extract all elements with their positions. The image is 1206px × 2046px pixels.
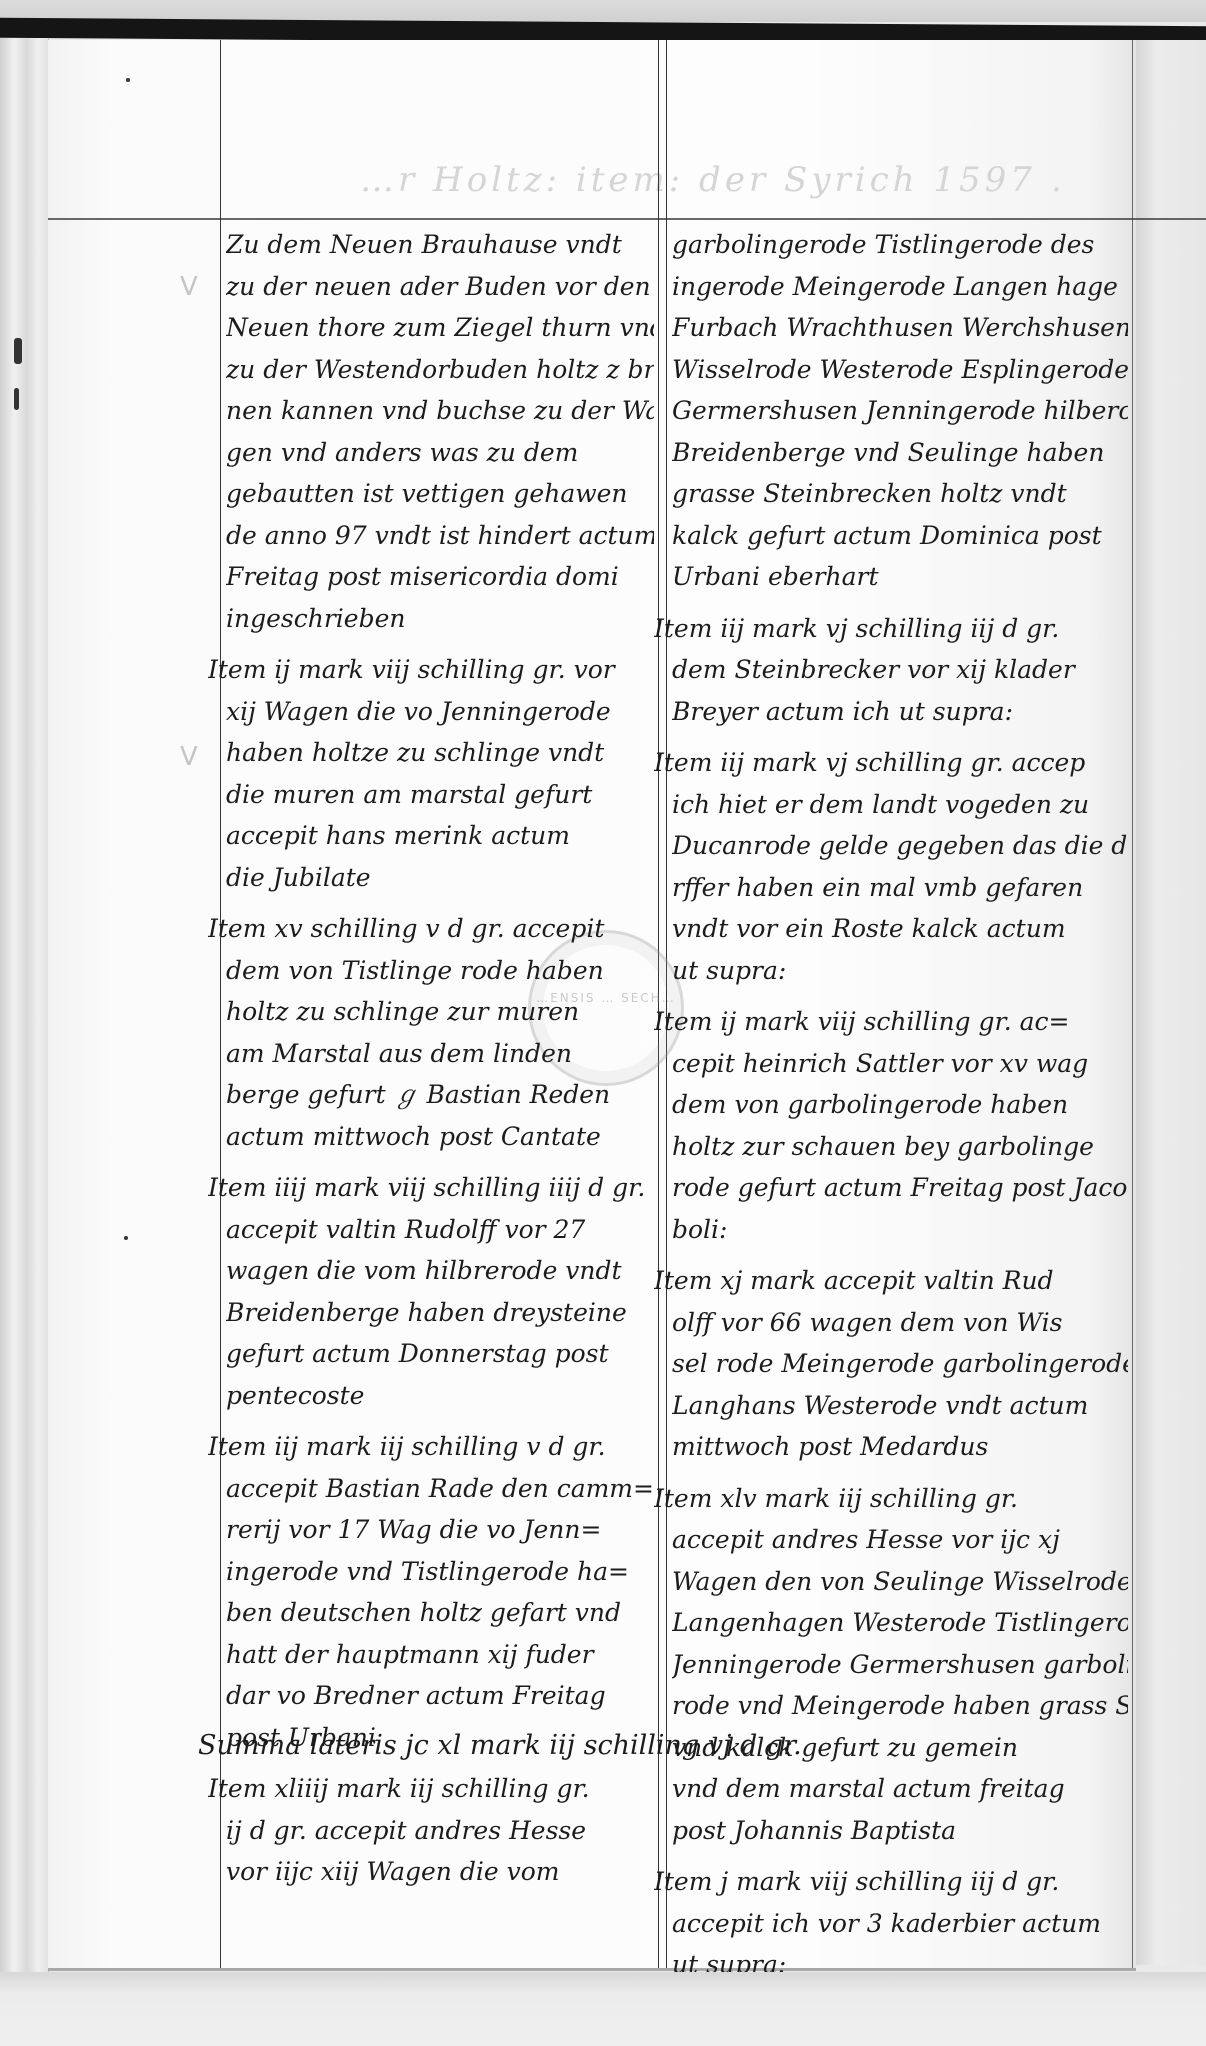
ledger-entry: Item ij mark viij schilling gr. ac= cepi… — [672, 1001, 1128, 1250]
entry-line: de anno 97 vndt ist hindert actum — [226, 515, 654, 557]
header-bleedthrough: …r Holtz: item: der Syrich 1597 … — [360, 160, 1060, 210]
entry-line: Item iiij mark viij schilling iiij d gr. — [208, 1167, 654, 1209]
entry-line: sel rode Meingerode garbolingerode — [672, 1343, 1128, 1385]
entry-line: Jenningerode Germershusen garboling — [672, 1644, 1128, 1686]
entry-line: ingerode Meingerode Langen hage — [672, 266, 1128, 308]
entry-line: olff vor 66 wagen dem von Wis — [672, 1302, 1128, 1344]
ledger-entry: Item xlv mark iij schilling gr. accepit … — [672, 1478, 1128, 1852]
entry-line: Zu dem Neuen Brauhause vndt — [226, 224, 654, 266]
right-margin-rule — [1132, 40, 1133, 1968]
entry-line: Item iij mark vj schilling iij d gr. — [654, 608, 1128, 650]
entry-line: rerij vor 17 Wag die vo Jenn= — [226, 1509, 654, 1551]
entry-line: rffer haben ein mal vmb gefaren — [672, 867, 1128, 909]
entry-line: die Jubilate — [226, 857, 654, 899]
entry-line: Wagen den von Seulinge Wisselrode — [672, 1561, 1128, 1603]
entry-line: xij Wagen die vo Jenningerode — [226, 691, 654, 733]
left-column: Zu dem Neuen Brauhause vndt zu der neuen… — [226, 224, 654, 1903]
entry-line: Urbani eberhart — [672, 556, 1128, 598]
entry-line: Item iij mark vj schilling gr. accep — [654, 742, 1128, 784]
entry-line: hatt der hauptmann xij fuder — [226, 1634, 654, 1676]
entry-line: gen vnd anders was zu dem — [226, 432, 654, 474]
entry-line: cepit heinrich Sattler vor xv wag — [672, 1043, 1128, 1085]
adjacent-leaf — [1136, 40, 1206, 1965]
entry-line: accepit Bastian Rade den camm= — [226, 1468, 654, 1510]
entry-line: zu der Westendorbuden holtz z bre= — [226, 349, 654, 391]
entry-line: accepit andres Hesse vor ijc xj — [672, 1519, 1128, 1561]
header-rule — [48, 218, 1206, 220]
entry-line: Breyer actum ich ut supra: — [672, 691, 1128, 733]
entry-line: am Marstal aus dem linden — [226, 1033, 654, 1075]
entry-line: Item j mark viij schilling iij d gr. — [654, 1861, 1128, 1903]
entry-line: wagen die vom hilbrerode vndt — [226, 1250, 654, 1292]
ink-speck — [124, 1236, 128, 1240]
entry-line: dar vo Bredner actum Freitag — [226, 1675, 654, 1717]
entry-line: actum mittwoch post Cantate — [226, 1116, 654, 1158]
entry-line: holtz zu schlinge zur muren — [226, 991, 654, 1033]
entry-line: Freitag post misericordia domi — [226, 556, 654, 598]
entry-line: kalck gefurt actum Dominica post — [672, 515, 1128, 557]
entry-line: berge gefurt ℊ Bastian Reden — [226, 1074, 654, 1116]
ink-speck — [126, 78, 130, 82]
entry-line: ich hiet er dem landt vogeden zu — [672, 784, 1128, 826]
entry-line: ij d gr. accepit andres Hesse — [226, 1810, 654, 1852]
entry-line: Item xlv mark iij schilling gr. — [654, 1478, 1128, 1520]
entry-line: vnd dem marstal actum freitag — [672, 1768, 1128, 1810]
entry-line: zu der neuen ader Buden vor den — [226, 266, 654, 308]
entry-line: Langenhagen Westerode Tistlingerode — [672, 1602, 1128, 1644]
entry-line: Neuen thore zum Ziegel thurn vnd — [226, 307, 654, 349]
entry-line: Item iij mark iij schilling v d gr. — [208, 1426, 654, 1468]
entry-line: dem von Tistlinge rode haben — [226, 950, 654, 992]
ledger-entry: Item iij mark vj schilling gr. accep ich… — [672, 742, 1128, 991]
entry-line: accepit ich vor 3 kaderbier actum — [672, 1903, 1128, 1945]
entry-line: boli: — [672, 1209, 1128, 1251]
entry-line: garbolingerode Tistlingerode des — [672, 224, 1128, 266]
entry-line: ben deutschen holtz gefart vnd — [226, 1592, 654, 1634]
entry-line: Breidenberge vnd Seulinge haben — [672, 432, 1128, 474]
entry-line: ut supra: — [672, 950, 1128, 992]
entry-line: holtz zur schauen bey garbolinge — [672, 1126, 1128, 1168]
spine-ink-mark — [14, 388, 19, 410]
ledger-entry: garbolingerode Tistlingerode des ingerod… — [672, 224, 1128, 598]
scan-bottom-background — [0, 1972, 1206, 2046]
entry-line: Wisselrode Westerode Esplingerode — [672, 349, 1128, 391]
entry-line: mittwoch post Medardus — [672, 1426, 1128, 1468]
entry-line: post Johannis Baptista — [672, 1810, 1128, 1852]
entry-line: Langhans Westerode vndt actum — [672, 1385, 1128, 1427]
ledger-entry: Item iij mark vj schilling iij d gr. dem… — [672, 608, 1128, 733]
entry-line: Item xj mark accepit valtin Rud — [654, 1260, 1128, 1302]
ledger-entry: Item xliiij mark iij schilling gr. ij d … — [226, 1768, 654, 1893]
entry-line: die muren am marstal gefurt — [226, 774, 654, 816]
entry-line: dem Steinbrecker vor xij klader — [672, 649, 1128, 691]
entry-line: accepit hans merink actum — [226, 815, 654, 857]
entry-line: Item xv schilling v d gr. accepit — [208, 908, 654, 950]
margin-check-mark: V — [180, 272, 198, 302]
page-total-summa: Summa lateris jc xl mark iij schilling v… — [198, 1730, 1078, 1761]
entry-line: Ducanrode gelde gegeben das die do, — [672, 825, 1128, 867]
entry-line: Item ij mark viij schilling gr. vor — [208, 649, 654, 691]
entry-line: vndt vor ein Roste kalck actum — [672, 908, 1128, 950]
entry-line: gebautten ist vettigen gehawen — [226, 473, 654, 515]
ledger-entry: Item xj mark accepit valtin Rud olff vor… — [672, 1260, 1128, 1468]
entry-line: dem von garbolingerode haben — [672, 1084, 1128, 1126]
entry-line: rode gefurt actum Freitag post Jaco — [672, 1167, 1128, 1209]
entry-line: Item xliiij mark iij schilling gr. — [208, 1768, 654, 1810]
entry-line: grasse Steinbrecken holtz vndt — [672, 473, 1128, 515]
entry-line: vor iijc xiij Wagen die vom — [226, 1851, 654, 1893]
ledger-entry: Item ij mark viij schilling gr. vor xij … — [226, 649, 654, 898]
entry-line: pentecoste — [226, 1375, 654, 1417]
entry-line: ingerode vnd Tistlingerode ha= — [226, 1551, 654, 1593]
entry-line: ingeschrieben — [226, 598, 654, 640]
book-spine — [0, 38, 49, 1978]
entry-line: Breidenberge haben dreysteine — [226, 1292, 654, 1334]
ledger-entry: Zu dem Neuen Brauhause vndt zu der neuen… — [226, 224, 654, 639]
ledger-entry: Item j mark viij schilling iij d gr. acc… — [672, 1861, 1128, 1986]
entry-line: Item ij mark viij schilling gr. ac= — [654, 1001, 1128, 1043]
entry-line: gefurt actum Donnerstag post — [226, 1333, 654, 1375]
ledger-entry: Item xv schilling v d gr. accepit dem vo… — [226, 908, 654, 1157]
spine-ink-mark — [14, 338, 22, 364]
entry-line: haben holtze zu schlinge vndt — [226, 732, 654, 774]
entry-line: accepit valtin Rudolff vor 27 — [226, 1209, 654, 1251]
left-margin-rule — [220, 40, 221, 1968]
margin-check-mark: V — [180, 742, 198, 772]
entry-line: nen kannen vnd buchse zu der Wa= — [226, 390, 654, 432]
ledger-entry: Item iij mark iij schilling v d gr. acce… — [226, 1426, 654, 1758]
entry-line: rode vnd Meingerode haben grass Stein — [672, 1685, 1128, 1727]
ledger-entry: Item iiij mark viij schilling iiij d gr.… — [226, 1167, 654, 1416]
entry-line: Furbach Wrachthusen Werchshusen — [672, 307, 1128, 349]
entry-line: Germershusen Jenningerode hilberode — [672, 390, 1128, 432]
